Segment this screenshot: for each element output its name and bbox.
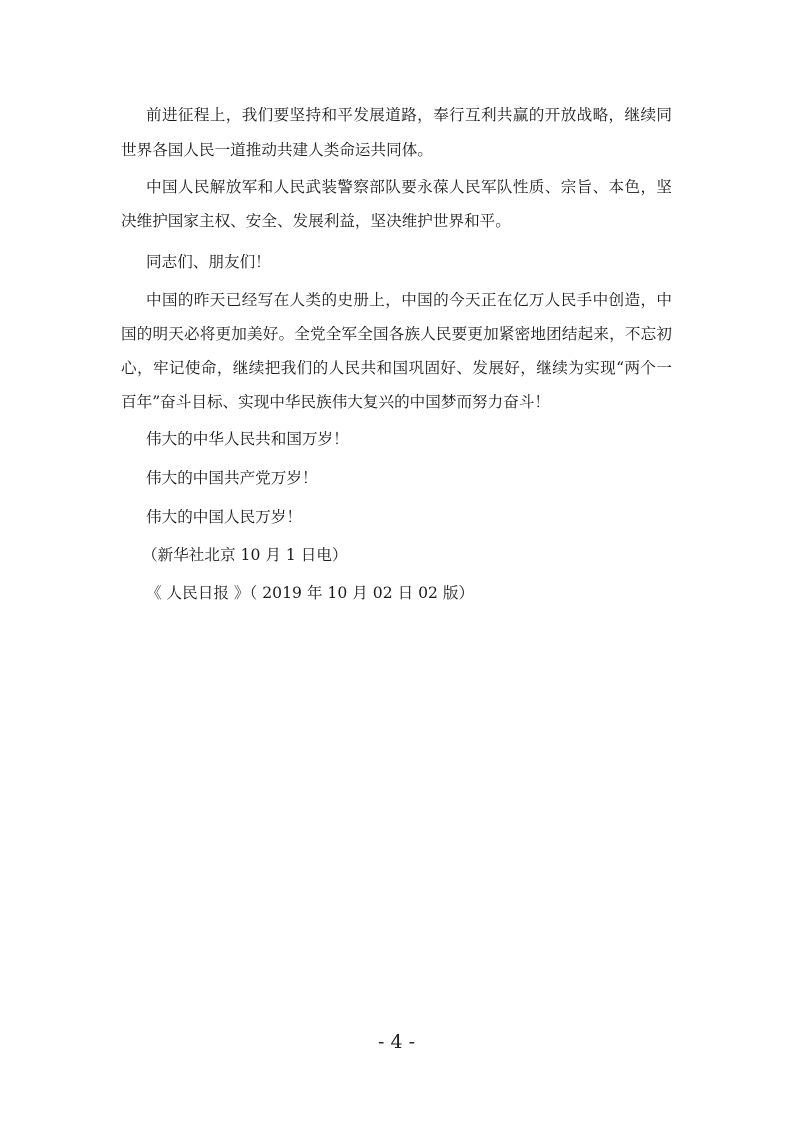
paragraph-4-line-4: 百年”奋斗目标、实现中华民族伟大复兴的中国梦而努力奋斗！ xyxy=(121,392,550,412)
paragraph-4-line-1: 中国的昨天已经写在人类的史册上，中国的今天正在亿万人民手中创造，中 xyxy=(146,290,672,310)
paragraph-2-line-2: 决维护国家主权、安全、发展利益，坚决维护世界和平。 xyxy=(121,211,511,231)
slogan-people: 伟大的中国人民万岁！ xyxy=(146,507,302,527)
salutation: 同志们、朋友们！ xyxy=(146,252,271,272)
page-number: - 4 - xyxy=(0,1030,793,1054)
paragraph-2-line-1: 中国人民解放军和人民武装警察部队要永葆人民军队性质、宗旨、本色，坚 xyxy=(146,177,672,197)
paragraph-1-line-1: 前进征程上，我们要坚持和平发展道路，奉行互利共赢的开放战略，继续同 xyxy=(146,105,672,125)
paragraph-4-line-3: 心，牢记使命，继续把我们的人民共和国巩固好、发展好，继续为实现“两个一 xyxy=(121,358,672,378)
paragraph-4-line-2: 国的明天必将更加美好。全党全军全国各族人民要更加紧密地团结起来，不忘初 xyxy=(121,324,672,344)
slogan-cpc: 伟大的中国共产党万岁！ xyxy=(146,468,318,488)
paragraph-1-line-2: 世界各国人民一道推动共建人类命运共同体。 xyxy=(121,140,433,160)
document-page: 前进征程上，我们要坚持和平发展道路，奉行互利共赢的开放战略，继续同 世界各国人民… xyxy=(0,0,793,1122)
slogan-prc: 伟大的中华人民共和国万岁！ xyxy=(146,429,349,449)
source-citation: 《 人民日报 》（ 2019 年 10 月 02 日 02 版） xyxy=(146,583,474,603)
dateline: （新华社北京 10 月 1 日电） xyxy=(142,545,348,565)
